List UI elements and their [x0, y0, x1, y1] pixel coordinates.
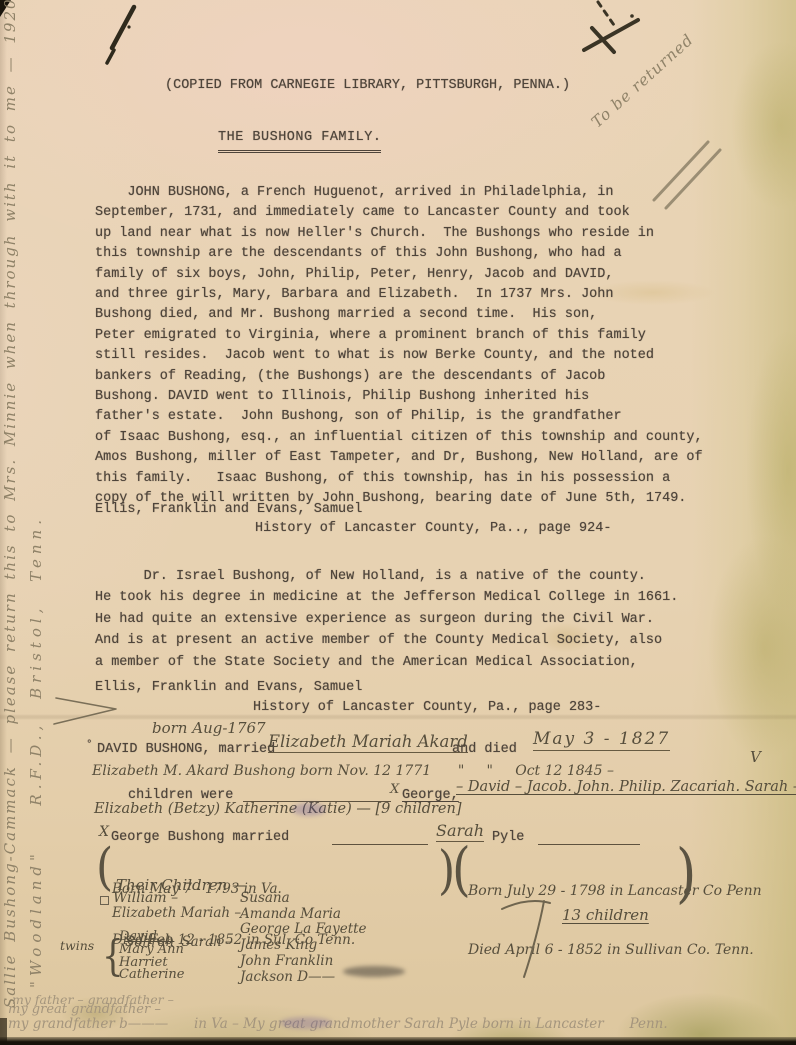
citation1-authors: Ellis, Franklin and Evans, Samuel	[95, 500, 362, 520]
david-marker: °	[86, 735, 93, 755]
citation2-authors: Ellis, Franklin and Evans, Samuel	[95, 678, 362, 698]
child-william: William –	[113, 890, 178, 906]
bottom-note-3: my grandfather b——— in Va – My great gra…	[8, 1016, 792, 1032]
square-mark	[100, 896, 109, 905]
paragraph-john-bushong: JOHN BUSHONG, a French Huguenot, arrived…	[95, 183, 755, 510]
elizabeth-akard-line: Elizabeth M. Akard Bushong born Nov. 12 …	[92, 763, 614, 779]
document-header: (COPIED FROM CARNEGIE LIBRARY, PITTSBURG…	[165, 76, 570, 96]
margin-note-inner: "Woodland" R.F.D., Bristol, Tenn.	[27, 423, 45, 988]
twins-brace: {	[102, 931, 124, 981]
bottom-note-2: my great grandfather –	[8, 1002, 161, 1017]
children-left-column: David Mary Ann Harriet Catherine	[119, 931, 184, 982]
david-spouse-name: Elizabeth Mariah Akard	[268, 732, 468, 753]
paragraph-israel-bushong: Dr. Israel Bushong, of New Holland, is a…	[95, 566, 755, 673]
scan-bottom-edge	[0, 1037, 796, 1045]
ink-smudge-jackson	[343, 966, 405, 977]
scanned-document-page: To be returned (COPIED FROM CARNEGIE LIB…	[0, 0, 796, 1045]
note-born-aug-1767: born Aug-1767	[152, 719, 266, 737]
citation1-reference: History of Lancaster County, Pa.., page …	[255, 519, 611, 539]
paren-close-sarah: )	[676, 836, 696, 911]
ink-smudge	[292, 803, 326, 816]
x-mark-george: X	[390, 782, 399, 797]
children-count: 13 children	[562, 906, 649, 924]
children-names-rest: – David – Jacob. John. Philip. Zacariah.…	[456, 779, 796, 795]
x-mark	[572, 0, 664, 58]
child-sarah: Sarah –	[181, 934, 233, 950]
nine-children-line: Elizabeth (Betzy) Katherine (Katie) — [9…	[94, 801, 462, 817]
blank-line-george	[332, 843, 428, 845]
twins-label: twins	[60, 938, 94, 953]
ink-slash-mark	[98, 4, 142, 66]
david-death-date: May 3 - 1827	[533, 729, 670, 751]
ink-smudge-bottom	[280, 1017, 332, 1029]
paren-open-george: (	[96, 838, 113, 897]
document-title: THE BUSHONG FAMILY.	[218, 128, 381, 153]
george-married-typed: George Bushong married	[111, 828, 289, 848]
margin-note-outer: Sallie Bushong-Cammack — please return t…	[1, 68, 19, 1008]
check-mark: V	[750, 748, 761, 766]
arrow-mark	[52, 694, 126, 728]
brace-mark	[498, 893, 560, 981]
david-line-typed: DAVID BUSHONG, married	[97, 740, 275, 760]
and-died-typed: and died	[452, 740, 517, 760]
citation2-reference: History of Lancaster County, Pa., page 2…	[253, 698, 601, 718]
